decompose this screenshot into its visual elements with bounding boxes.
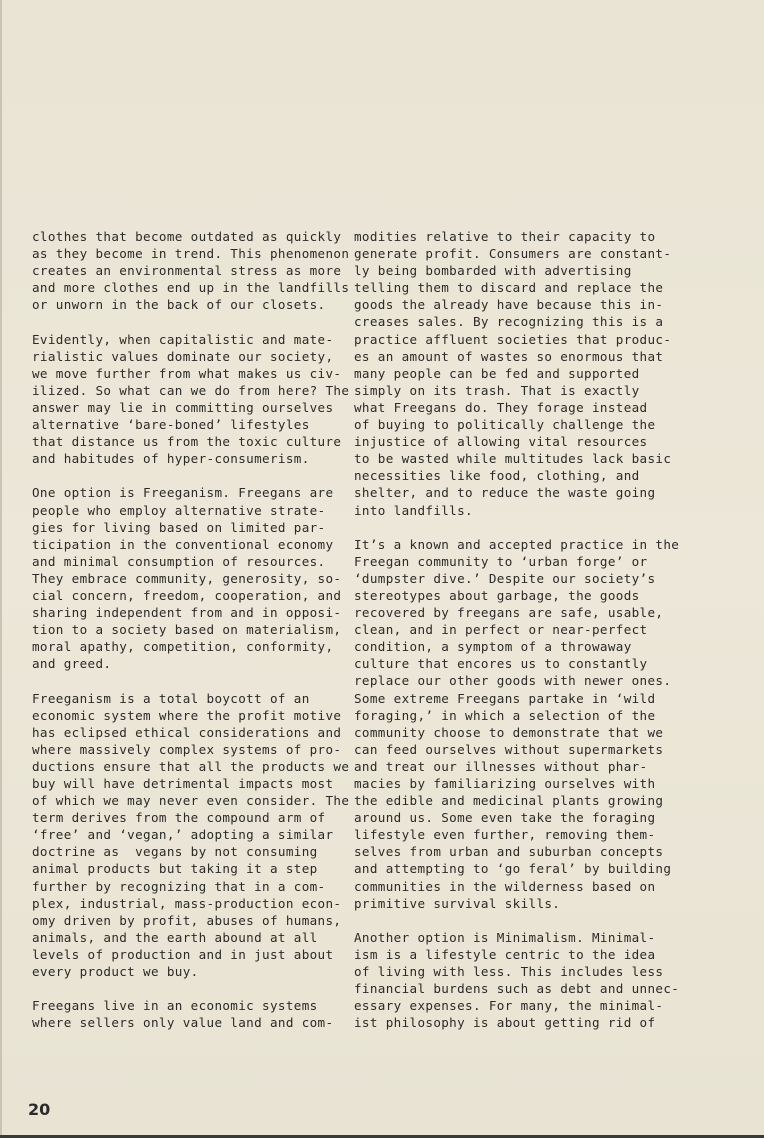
- text-line: or unworn in the back of our closets.: [32, 296, 350, 313]
- text-line: animals, and the earth abound at all: [32, 929, 350, 946]
- text-line: communities in the wilderness based on: [354, 878, 672, 895]
- text-column-right: modities relative to their capacity toge…: [354, 228, 672, 1049]
- paragraph: Another option is Minimalism. Minimal-is…: [354, 929, 672, 1032]
- text-line: foraging,’ in which a selection of the: [354, 707, 672, 724]
- text-line: ilized. So what can we do from here? The: [32, 382, 350, 399]
- paragraph: Freegans live in an economic systemswher…: [32, 997, 350, 1031]
- text-line: to be wasted while multitudes lack basic: [354, 450, 672, 467]
- text-line: ticipation in the conventional economy: [32, 536, 350, 553]
- text-line: that distance us from the toxic culture: [32, 433, 350, 450]
- text-line: One option is Freeganism. Freegans are: [32, 484, 350, 501]
- text-line: Another option is Minimalism. Minimal-: [354, 929, 672, 946]
- text-line: generate profit. Consumers are constant-: [354, 245, 672, 262]
- text-line: Freegans live in an economic systems: [32, 997, 350, 1014]
- text-line: goods the already have because this in-: [354, 296, 672, 313]
- text-line: sharing independent from and in opposi-: [32, 604, 350, 621]
- text-line: of living with less. This includes less: [354, 963, 672, 980]
- text-line: condition, a symptom of a throwaway: [354, 638, 672, 655]
- text-column-left: clothes that become outdated as quicklya…: [32, 228, 350, 1049]
- text-line: culture that encores us to constantly: [354, 655, 672, 672]
- text-line: ism is a lifestyle centric to the idea: [354, 946, 672, 963]
- text-line: and habitudes of hyper-consumerism.: [32, 450, 350, 467]
- text-line: financial burdens such as debt and unnec…: [354, 980, 672, 997]
- paragraph: Evidently, when capitalistic and mate-ri…: [32, 331, 350, 468]
- text-line: the edible and medicinal plants growing: [354, 792, 672, 809]
- text-line: of buying to politically challenge the: [354, 416, 672, 433]
- text-line: people who employ alternative strate-: [32, 502, 350, 519]
- text-line: necessities like food, clothing, and: [354, 467, 672, 484]
- text-line: ist philosophy is about getting rid of: [354, 1014, 672, 1031]
- text-line: economic system where the profit motive: [32, 707, 350, 724]
- text-line: buy will have detrimental impacts most: [32, 775, 350, 792]
- paragraph: It’s a known and accepted practice in th…: [354, 536, 672, 912]
- text-line: answer may lie in committing ourselves: [32, 399, 350, 416]
- text-line: and treat our illnesses without phar-: [354, 758, 672, 775]
- text-line: around us. Some even take the foraging: [354, 809, 672, 826]
- text-line: clean, and in perfect or near-perfect: [354, 621, 672, 638]
- text-line: doctrine as vegans by not consuming: [32, 843, 350, 860]
- text-line: moral apathy, competition, conformity,: [32, 638, 350, 655]
- text-line: as they become in trend. This phenomenon: [32, 245, 350, 262]
- text-line: telling them to discard and replace the: [354, 279, 672, 296]
- text-line: Some extreme Freegans partake in ‘wild: [354, 690, 672, 707]
- text-line: ly being bombarded with advertising: [354, 262, 672, 279]
- text-line: injustice of allowing vital resources: [354, 433, 672, 450]
- text-line: and greed.: [32, 655, 350, 672]
- text-line: tion to a society based on materialism,: [32, 621, 350, 638]
- text-line: lifestyle even further, removing them-: [354, 826, 672, 843]
- text-line: omy driven by profit, abuses of humans,: [32, 912, 350, 929]
- text-line: creases sales. By recognizing this is a: [354, 313, 672, 330]
- paragraph: One option is Freeganism. Freegans arepe…: [32, 484, 350, 672]
- text-line: and minimal consumption of resources.: [32, 553, 350, 570]
- paragraph: clothes that become outdated as quicklya…: [32, 228, 350, 313]
- text-line: clothes that become outdated as quickly: [32, 228, 350, 245]
- text-line: shelter, and to reduce the waste going: [354, 484, 672, 501]
- text-line: alternative ‘bare-boned’ lifestyles: [32, 416, 350, 433]
- text-line: of which we may never even consider. The: [32, 792, 350, 809]
- text-line: many people can be fed and supported: [354, 365, 672, 382]
- text-line: creates an environmental stress as more: [32, 262, 350, 279]
- text-line: and more clothes end up in the landfills: [32, 279, 350, 296]
- text-line: rialistic values dominate our society,: [32, 348, 350, 365]
- text-line: cial concern, freedom, cooperation, and: [32, 587, 350, 604]
- text-line: term derives from the compound arm of: [32, 809, 350, 826]
- paragraph: modities relative to their capacity toge…: [354, 228, 672, 519]
- text-line: simply on its trash. That is exactly: [354, 382, 672, 399]
- text-line: animal products but taking it a step: [32, 860, 350, 877]
- text-line: ductions ensure that all the products we: [32, 758, 350, 775]
- text-line: selves from urban and suburban concepts: [354, 843, 672, 860]
- text-line: gies for living based on limited par-: [32, 519, 350, 536]
- text-line: modities relative to their capacity to: [354, 228, 672, 245]
- text-line: where massively complex systems of pro-: [32, 741, 350, 758]
- text-line: ‘free’ and ‘vegan,’ adopting a similar: [32, 826, 350, 843]
- text-line: Freegan community to ‘urban forge’ or: [354, 553, 672, 570]
- text-line: es an amount of wastes so enormous that: [354, 348, 672, 365]
- document-page: clothes that become outdated as quicklya…: [0, 0, 764, 1138]
- text-line: primitive survival skills.: [354, 895, 672, 912]
- text-line: essary expenses. For many, the minimal-: [354, 997, 672, 1014]
- text-line: we move further from what makes us civ-: [32, 365, 350, 382]
- text-line: practice affluent societies that produc-: [354, 331, 672, 348]
- text-line: can feed ourselves without supermarkets: [354, 741, 672, 758]
- page-number: 20: [28, 1100, 50, 1119]
- text-line: stereotypes about garbage, the goods: [354, 587, 672, 604]
- text-line: recovered by freegans are safe, usable,: [354, 604, 672, 621]
- text-line: further by recognizing that in a com-: [32, 878, 350, 895]
- text-line: Freeganism is a total boycott of an: [32, 690, 350, 707]
- text-line: They embrace community, generosity, so-: [32, 570, 350, 587]
- text-line: ‘dumpster dive.’ Despite our society’s: [354, 570, 672, 587]
- text-line: where sellers only value land and com-: [32, 1014, 350, 1031]
- text-line: into landfills.: [354, 502, 672, 519]
- text-line: macies by familiarizing ourselves with: [354, 775, 672, 792]
- text-line: community choose to demonstrate that we: [354, 724, 672, 741]
- paragraph: Freeganism is a total boycott of anecono…: [32, 690, 350, 981]
- text-line: every product we buy.: [32, 963, 350, 980]
- text-line: plex, industrial, mass-production econ-: [32, 895, 350, 912]
- text-line: It’s a known and accepted practice in th…: [354, 536, 672, 553]
- page-edge-left: [0, 0, 2, 1138]
- text-line: and attempting to ‘go feral’ by building: [354, 860, 672, 877]
- text-line: what Freegans do. They forage instead: [354, 399, 672, 416]
- text-line: replace our other goods with newer ones.: [354, 672, 672, 689]
- text-line: levels of production and in just about: [32, 946, 350, 963]
- text-line: Evidently, when capitalistic and mate-: [32, 331, 350, 348]
- text-line: has eclipsed ethical considerations and: [32, 724, 350, 741]
